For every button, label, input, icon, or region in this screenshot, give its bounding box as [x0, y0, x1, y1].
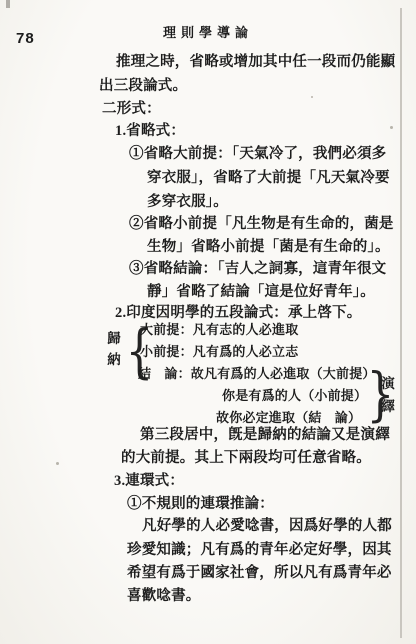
deduction-label-char-2: 繹 [381, 399, 395, 414]
induction-label-char-2: 納 [107, 352, 121, 367]
chain-para-line-2: 珍愛知識；凡有爲的青年必定好學，因其 [127, 541, 392, 559]
scan-speckle [311, 96, 313, 98]
chain-para-line-4: 喜歡唸書。 [127, 587, 201, 605]
induction-label-char-1: 歸 [107, 331, 121, 346]
diagram-major-premise: 大前提：凡有志的人必進取 [140, 321, 298, 339]
induction-label: 歸納 [106, 328, 122, 370]
page-edge-line [400, 8, 402, 638]
chain-para-line-3: 希望有爲于國家社會，所以凡有爲青年必 [127, 564, 392, 582]
running-title: 理則學導論 [0, 22, 416, 41]
ellipsis-item1-line-3: 多穿衣服」。 [147, 193, 228, 211]
ellipsis-item1-line-1: ①省略大前提：「天氣冷了，我們必須多 [129, 145, 386, 163]
diagram-minor-premise: 小前提：凡有爲的人必立志 [140, 343, 298, 361]
ellipsis-item2-line-2: 生物」省略小前提「菌是有生命的」。 [147, 238, 390, 256]
scan-corner-mark [6, 0, 10, 8]
intro-line-1: 推理之時，省略或增加其中任一段而仍能顯 [116, 53, 395, 71]
chain-heading: 3.連環式： [114, 472, 184, 490]
book-page: 78 理則學導論 推理之時，省略或增加其中任一段而仍能顯 出三段論式。 二形式：… [0, 0, 416, 644]
chain-sub-heading: ①不規則的連環推論： [127, 495, 274, 513]
ellipsis-item3-line-2: 靜」省略了結論「這是位好青年」。 [147, 283, 375, 301]
diagram-conclusion: 結 論：故凡有爲的人必進取（大前提） [138, 365, 376, 383]
ellipsis-heading: 1.省略式： [115, 122, 185, 140]
deduction-label-char-1: 演 [381, 376, 395, 391]
scan-speckle [390, 126, 393, 129]
ellipsis-item2-line-1: ②省略小前提「凡生物是有生命的，菌是 [129, 215, 394, 233]
diagram-deduction-conclusion: 故你必定進取（結 論） [216, 409, 361, 427]
ellipsis-item3-line-1: ③省略結論：「吉人之詞寡，這青年很文 [129, 260, 386, 278]
deduction-label: 演繹 [380, 372, 396, 418]
diagram-deduction-minor: 你是有爲的人（小前提） [222, 387, 367, 405]
five-part-note-line-1: 第三段居中，旣是歸納的結論又是演繹 [140, 426, 390, 444]
five-part-note-line-2: 的大前提。其上下兩段均可任意省略。 [121, 449, 371, 467]
forms-heading: 二形式： [102, 100, 161, 118]
chain-para-line-1: 凡好學的人必愛唸書，因爲好學的人都 [142, 517, 392, 535]
intro-line-2: 出三段論式。 [99, 77, 187, 95]
ellipsis-item1-line-2: 穿衣服」，省略了大前提「凡天氣冷要 [147, 169, 390, 187]
scan-speckle [56, 462, 59, 465]
